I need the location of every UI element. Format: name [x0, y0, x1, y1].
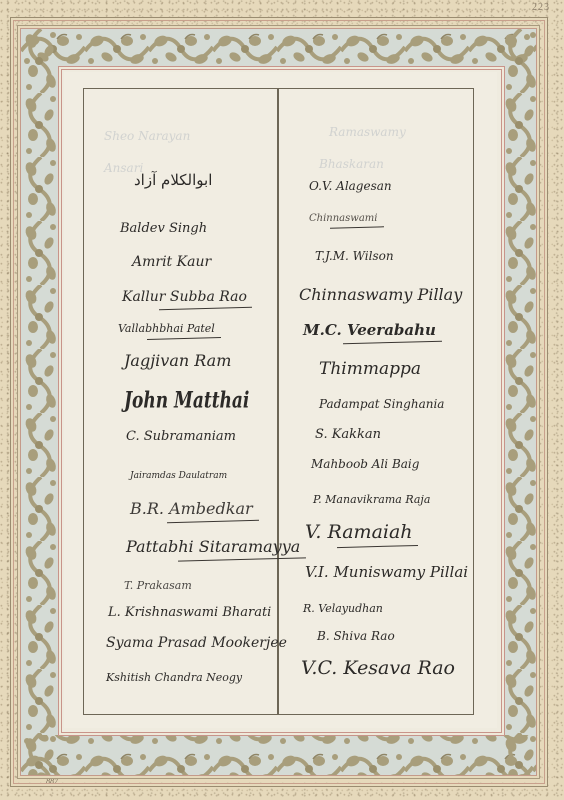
signature: M.C. Veerabahu	[303, 321, 436, 339]
bleed-through-text: Bhaskaran	[319, 157, 384, 171]
signature: V.C. Kesava Rao	[301, 657, 455, 679]
signature: Kallur Subba Rao	[122, 289, 247, 305]
bleed-through-text: Sheo Narayan	[104, 129, 190, 143]
signature: Pattabhi Sitaramayya	[126, 537, 300, 556]
signature-table: Sheo Narayan Ansari ابوالکلام آزاد Balde…	[83, 88, 474, 715]
signature: Jagjivan Ram	[124, 351, 231, 370]
signature: Mahboob Ali Baig	[311, 457, 419, 471]
signature: L. Krishnaswami Bharati	[108, 605, 271, 620]
left-column: Sheo Narayan Ansari ابوالکلام آزاد Balde…	[84, 89, 277, 714]
signature: Padampat Singhania	[319, 397, 444, 411]
signature: Jairamdas Daulatram	[130, 471, 227, 481]
bleed-through-text: Ramaswamy	[329, 125, 406, 139]
signature: S. Kakkan	[315, 427, 381, 442]
signature: Baldev Singh	[120, 221, 207, 236]
signature: Chinnaswamy Pillay	[299, 285, 462, 304]
signature: R. Velayudhan	[303, 602, 383, 615]
page-number: 223	[532, 2, 550, 13]
signature: Syama Prasad Mookerjee	[106, 635, 287, 651]
signature: V.I. Muniswamy Pillai	[305, 563, 468, 581]
signature: Thimmappa	[319, 359, 421, 379]
signature: V. Ramaiah	[305, 521, 413, 543]
signature: C. Subramaniam	[126, 429, 236, 444]
signature: Kshitish Chandra Neogy	[106, 671, 242, 684]
signature: Chinnaswami	[309, 213, 377, 224]
signature: Vallabhbhai Patel	[118, 322, 215, 335]
signature: John Matthai	[124, 388, 249, 414]
signature: P. Manavikrama Raja	[313, 493, 430, 506]
signature: T.J.M. Wilson	[315, 249, 394, 263]
right-column: Ramaswamy Bhaskaran O.V. Alagesan Chinna…	[279, 89, 473, 714]
signature: B. Shiva Rao	[317, 629, 395, 643]
signature: B.R. Ambedkar	[130, 499, 253, 518]
signature: Amrit Kaur	[132, 254, 211, 270]
signature: T. Prakasam	[124, 579, 192, 592]
signature: ابوالکلام آزاد	[134, 171, 212, 189]
signature: O.V. Alagesan	[309, 179, 392, 193]
